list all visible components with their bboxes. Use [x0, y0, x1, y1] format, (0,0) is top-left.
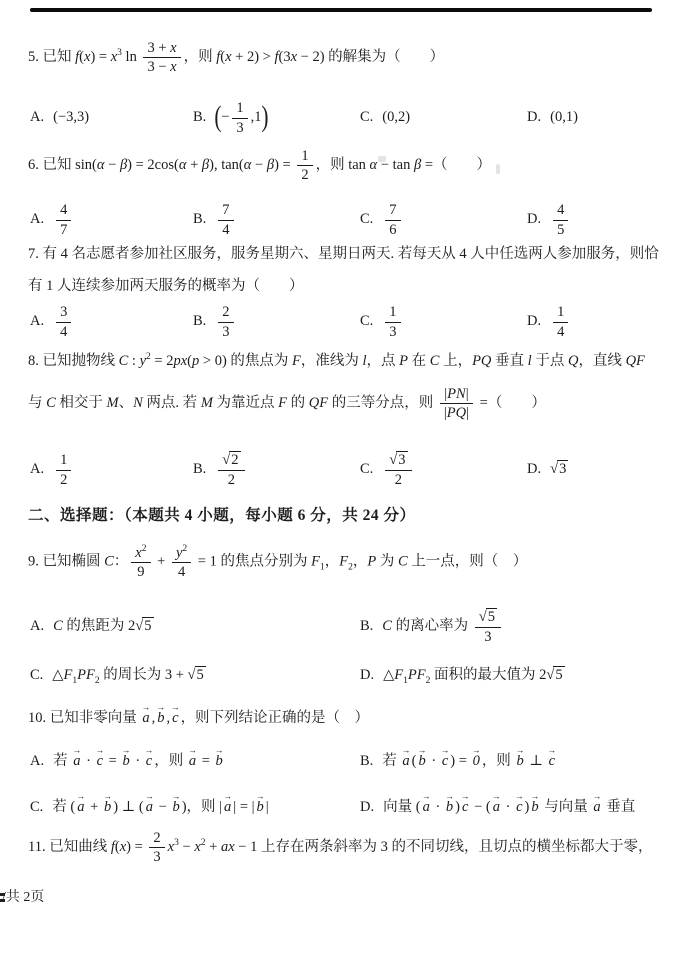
- option-value: √3: [550, 461, 568, 477]
- option-label: B.: [193, 461, 206, 477]
- q10-option-d: D.向量 (→a · →b)→c − (→a · →c)→b 与向量 →a 垂直: [360, 797, 679, 819]
- option-value: (−3,3): [53, 109, 89, 125]
- option-label: C.: [30, 667, 43, 683]
- option-value: 76: [382, 211, 403, 227]
- option-value: 74: [215, 211, 236, 227]
- option-label: B.: [193, 313, 206, 329]
- option-value: △F1PF2 的周长为 3 + √5: [52, 667, 205, 683]
- q6-option-d: D.45: [527, 202, 679, 237]
- q9-option-b: B.C 的离心率为 √53: [360, 609, 679, 644]
- q8-option-c: C.√32: [360, 452, 527, 487]
- option-label: A.: [30, 211, 44, 227]
- option-value: C 的离心率为 √53: [382, 618, 504, 634]
- option-value: √32: [382, 461, 414, 477]
- option-value: C 的焦距为 2√5: [53, 618, 153, 634]
- question-8-stem-line2: 与 C 相交于 M、N 两点. 若 M 为靠近点 F 的 QF 的三等分点，则 …: [28, 386, 679, 421]
- q5-option-c: C.(0,2): [360, 107, 527, 129]
- question-11-stem: 11. 已知曲线 f(x) = 23x3 − x2 + ax − 1 上存在两条…: [28, 830, 679, 865]
- option-value: 向量 (→a · →b)→c − (→a · →c)→b 与向量 →a 垂直: [383, 799, 635, 815]
- option-label: C.: [360, 211, 373, 227]
- option-value: 12: [53, 461, 74, 477]
- question-7-options: A.34 B.23 C.13 D.14: [30, 298, 679, 346]
- q8-option-d: D.√3: [527, 459, 679, 481]
- option-value: △F1PF2 面积的最大值为 2√5: [383, 667, 565, 683]
- q7-option-a: A.34: [30, 304, 193, 339]
- option-label: D.: [360, 667, 374, 683]
- option-value: 若 →a · →c = →b · →c，则 →a = →b: [53, 753, 225, 769]
- q8-option-b: B.√22: [193, 452, 360, 487]
- option-value: 23: [215, 313, 236, 329]
- option-label: B.: [193, 211, 206, 227]
- question-10-options-row1: A.若 →a · →c = →b · →c，则 →a = →b B.若 →a(→…: [30, 744, 679, 780]
- option-label: D.: [360, 799, 374, 815]
- option-label: C.: [30, 799, 43, 815]
- option-label: A.: [30, 753, 44, 769]
- option-value: 47: [53, 211, 74, 227]
- option-label: A.: [30, 461, 44, 477]
- q6-option-b: B.74: [193, 202, 360, 237]
- question-9-stem: 9. 已知椭圆 C：x29 + y24 = 1 的焦点分别为 F1，F2，P 为…: [28, 544, 679, 580]
- option-label: C.: [360, 461, 373, 477]
- q9-option-c: C.△F1PF2 的周长为 3 + √5: [30, 665, 360, 688]
- question-8-options: A.12 B.√22 C.√32 D.√3: [30, 446, 679, 494]
- exam-page: 5. 已知 f(x) = x3 ln 3 + x3 − x，则 f(x + 2)…: [0, 0, 691, 978]
- option-label: B.: [360, 618, 373, 634]
- q9-option-a: A.C 的焦距为 2√5: [30, 616, 360, 638]
- q10-option-c: C.若 (→a + →b) ⊥ (→a − →b)，则 |→a| = |→b|: [30, 797, 360, 819]
- q7-option-b: B.23: [193, 304, 360, 339]
- question-6-options: A.47 B.74 C.76 D.45: [30, 196, 679, 244]
- option-label: C.: [360, 109, 373, 125]
- option-label: A.: [30, 313, 44, 329]
- q7-option-c: C.13: [360, 304, 527, 339]
- option-value: 14: [550, 313, 571, 329]
- question-7-stem-line1: 7. 有 4 名志愿者参加社区服务，服务星期六、星期日两天. 若每天从 4 人中…: [28, 244, 679, 266]
- question-7-stem-line2: 有 1 人连续参加两天服务的概率为（ ）: [28, 276, 679, 298]
- question-10-options-row2: C.若 (→a + →b) ⊥ (→a − →b)，则 |→a| = |→b| …: [30, 790, 679, 826]
- option-label: A.: [30, 109, 44, 125]
- option-label: D.: [527, 313, 541, 329]
- option-label: B.: [193, 109, 206, 125]
- option-value: (−13,1): [215, 109, 267, 125]
- option-label: B.: [360, 753, 373, 769]
- q5-option-b: B.(−13,1): [193, 100, 360, 135]
- option-value: 13: [382, 313, 403, 329]
- q5-option-a: A.(−3,3): [30, 107, 193, 129]
- section-2-heading: 二、选择题：（本题共 4 小题，每小题 6 分，共 24 分）: [28, 504, 679, 527]
- option-value: √22: [215, 461, 247, 477]
- question-9-options-row1: A.C 的焦距为 2√5 B.C 的离心率为 √53: [30, 600, 679, 654]
- q7-option-d: D.14: [527, 304, 679, 339]
- q10-option-a: A.若 →a · →c = →b · →c，则 →a = →b: [30, 751, 360, 773]
- q5-option-d: D.(0,1): [527, 107, 679, 129]
- q6-option-c: C.76: [360, 202, 527, 237]
- scan-artifact-line: [30, 8, 652, 12]
- question-5-stem: 5. 已知 f(x) = x3 ln 3 + x3 − x，则 f(x + 2)…: [28, 40, 679, 75]
- option-label: A.: [30, 618, 44, 634]
- option-label: D.: [527, 211, 541, 227]
- option-value: (0,1): [550, 109, 578, 125]
- q9-option-d: D.△F1PF2 面积的最大值为 2√5: [360, 665, 679, 688]
- question-10-stem: 10. 已知非零向量 →a,→b,→c，则下列结论正确的是（ ）: [28, 708, 679, 730]
- question-9-options-row2: C.△F1PF2 的周长为 3 + √5 D.△F1PF2 面积的最大值为 2√…: [30, 660, 679, 694]
- option-value: 34: [53, 313, 74, 329]
- q8-option-a: A.12: [30, 452, 193, 487]
- option-value: (0,2): [382, 109, 410, 125]
- q10-option-b: B.若 →a(→b · →c) = →0，则 →b ⊥ →c: [360, 751, 679, 773]
- page-footer: /共 2页: [2, 886, 44, 906]
- question-8-stem-line1: 8. 已知抛物线 C : y2 = 2px(p > 0) 的焦点为 F，准线为 …: [28, 350, 679, 373]
- q6-option-a: A.47: [30, 202, 193, 237]
- option-value: 45: [550, 211, 571, 227]
- option-label: C.: [360, 313, 373, 329]
- question-5-options: A.(−3,3) B.(−13,1) C.(0,2) D.(0,1): [30, 92, 679, 144]
- option-value: 若 (→a + →b) ⊥ (→a − →b)，则 |→a| = |→b|: [52, 799, 268, 815]
- option-label: D.: [527, 109, 541, 125]
- question-6-stem: 6. 已知 sin(α − β) = 2cos(α + β), tan(α − …: [28, 148, 679, 183]
- option-value: 若 →a(→b · →c) = →0，则 →b ⊥ →c: [382, 753, 557, 769]
- option-label: D.: [527, 461, 541, 477]
